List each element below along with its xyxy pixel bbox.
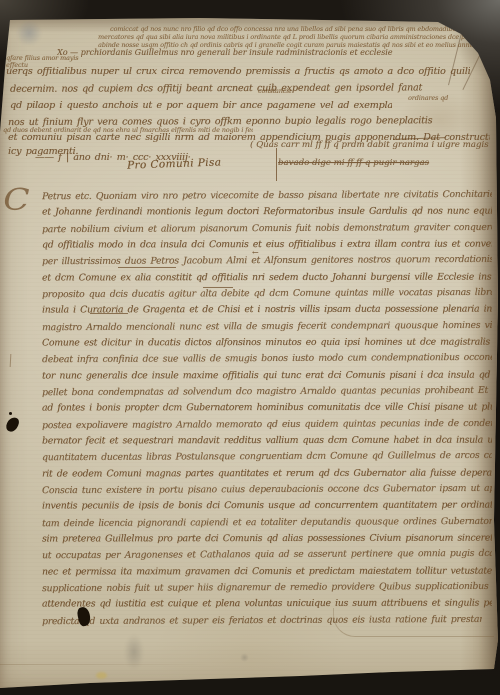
body-line: magistro Arnaldo mencionali nunc est vil… <box>42 320 492 333</box>
body-line: et Johanne ferdinandi montionis legum do… <box>42 206 492 218</box>
crease-line <box>333 608 494 637</box>
body-line: rit de eodem Comuni magnas partes quanti… <box>42 468 492 480</box>
body-line: supplicatione nobis fuit ut super hiis d… <box>42 581 492 594</box>
caret-mark: ← <box>252 248 259 257</box>
ink-dot <box>9 412 12 415</box>
body-line: ad fontes i bonis propter dcm Gubernator… <box>42 402 492 414</box>
body-line: tor nunc generalis dce insule maxime off… <box>42 370 492 382</box>
crease-line <box>0 664 210 665</box>
body-line: inventis pecuniis de ipsis de bonis dci … <box>42 500 492 512</box>
body-line: nec et permissa ita maximum gravamen dci… <box>42 566 492 578</box>
body-line: per illustrissimos duos Petros Jacobum A… <box>42 254 492 267</box>
manuscript-page: comiccat qd nos nunc nro filio qd dco of… <box>0 0 500 695</box>
manuscript-photo: comiccat qd nos nunc nro filio qd dco of… <box>0 0 500 695</box>
body-line: proposito qua dcis ducatis agitur alta d… <box>42 287 492 300</box>
body-line: tam deinde licencia pignorandi capiendi … <box>42 516 492 529</box>
body-line: qd offitialis modo in dca insula dci Com… <box>42 239 492 251</box>
body-line: et dcm Comune ex alia constitit qd offit… <box>42 272 492 284</box>
body-line: Comune est dicitur in ducatis dictos alf… <box>42 337 492 349</box>
body-line: sim preterea Guillelmus pro parte dci Co… <box>42 533 492 545</box>
underline-accent <box>203 287 233 288</box>
body-line: parte nobilium civium et aliorum pisanor… <box>42 222 492 235</box>
body-line: ut occupatas per Aragonenses et Cathalan… <box>42 548 492 561</box>
body-line: bernator fecit et sequestrari mandavit r… <box>42 435 492 447</box>
yellow-spot <box>96 672 107 679</box>
body-line: Petrus etc. Quoniam viro nro petro vicec… <box>42 189 492 202</box>
body-line: quantitatem ducentas libras Postulansque… <box>42 450 492 463</box>
body-line: Conscia tunc existere in portu pisano cu… <box>42 483 492 496</box>
body-line: postea expoliavere magistro Arnaldo memo… <box>42 418 492 431</box>
body-line: debeat infra confinia dce sue vallis de … <box>42 352 492 365</box>
main-text-block: Petrus etc. Quoniam viro nro petro vicec… <box>0 0 500 695</box>
underline-accent <box>118 267 176 268</box>
gray-dot-stain <box>240 653 249 662</box>
underline-accent <box>90 313 128 314</box>
body-line: pellet bona condempnatas ad solvendum dc… <box>42 385 492 398</box>
